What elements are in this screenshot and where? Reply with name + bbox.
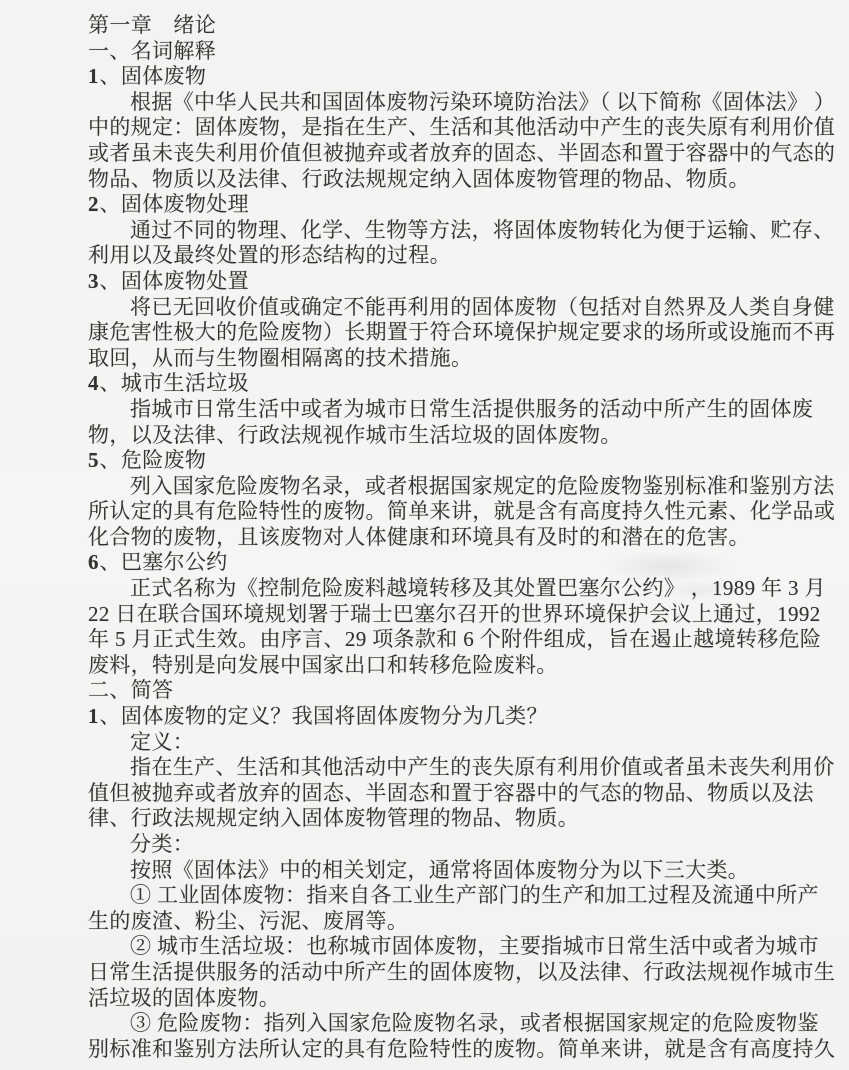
list-number: 1 [88, 704, 100, 728]
text-line-6: 或者虽未丧失利用价值但被抛弃或者放弃的固态、半固态和置于容器中的气态的 [88, 141, 800, 167]
text-line-19: 列入国家危险废物名录，或者根据国家规定的危险废物鉴别标准和鉴别方法 [88, 474, 800, 500]
text-line-23: 正式名称为《控制危险废料越境转移及其处置巴塞尔公约》 ，1989 年 3 月 [88, 576, 800, 602]
text-line-26: 废料，特别是向发展中国家出口和转移危险废料。 [88, 653, 800, 679]
text-line-15: 4、城市生活垃圾 [88, 371, 800, 397]
text-line-35: ① 工业固体废物：指来自各工业生产部门的生产和加工过程及流通中所产 [88, 883, 800, 909]
text-line-18: 5、危险废物 [88, 448, 800, 474]
text-line-24: 22 日在联合国环境规划署于瑞士巴塞尔召开的世界环境保护会议上通过，1992 [88, 602, 800, 628]
text-line-9: 通过不同的物理、化学、生物等方法，将固体废物转化为便于运输、贮存、 [88, 218, 800, 244]
list-number: 2 [88, 192, 100, 216]
text-line-21: 化合物的废物，且该废物对人体健康和环境具有及时的和潜在的危害。 [88, 525, 800, 551]
text-line-33: 分类： [88, 832, 800, 858]
text-line-30: 指在生产、生活和其他活动中产生的丧失原有利用价值或者虽未丧失利用价 [88, 755, 800, 781]
text-line-5: 中的规定：固体废物，是指在生产、生活和其他活动中产生的丧失原有利用价值 [88, 115, 800, 141]
text-line-4: 根据《中华人民共和国固体废物污染环境防治法》（ 以下简称《固体法》 ） [88, 90, 800, 116]
text-line-7: 物品、物质以及法律、行政法规规定纳入固体废物管理的物品、物质。 [88, 167, 800, 193]
text-line-25: 年 5 月正式生效。由序言、29 项条款和 6 个附件组成，旨在遏止越境转移危险 [88, 627, 800, 653]
text-line-3: 1、固体废物 [88, 64, 800, 90]
text-line-14: 取回，从而与生物圈相隔离的技术措施。 [88, 346, 800, 372]
document-text-block: 第一章 绪论一、名词解释1、固体废物根据《中华人民共和国固体废物污染环境防治法》… [88, 13, 800, 1062]
text-line-39: 活垃圾的固体废物。 [88, 986, 800, 1012]
text-line-2: 一、名词解释 [88, 39, 800, 65]
list-number: 6 [88, 550, 100, 574]
text-line-10: 利用以及最终处置的形态结构的过程。 [88, 243, 800, 269]
text-line-16: 指城市日常生活中或者为城市日常生活提供服务的活动中所产生的固体废 [88, 397, 800, 423]
text-line-34: 按照《固体法》中的相关划定，通常将固体废物分为以下三大类。 [88, 858, 800, 884]
list-number: 5 [88, 448, 100, 472]
text-line-27: 二、简答 [88, 678, 800, 704]
text-line-40: ③ 危险废物：指列入国家危险废物名录，或者根据国家规定的危险废物鉴 [88, 1011, 800, 1037]
list-number: 1 [88, 64, 100, 88]
text-line-37: ② 城市生活垃圾：也称城市固体废物，主要指城市日常生活中或者为城市 [88, 934, 800, 960]
text-line-22: 6、巴塞尔公约 [88, 550, 800, 576]
text-line-41: 别标准和鉴别方法所认定的具有危险特性的废物。简单来讲，就是含有高度持久 [88, 1037, 800, 1063]
text-line-20: 所认定的具有危险特性的废物。简单来讲，就是含有高度持久性元素、化学品或 [88, 499, 800, 525]
text-line-28: 1、固体废物的定义？我国将固体废物分为几类？ [88, 704, 800, 730]
text-line-36: 生的废渣、粉尘、污泥、废屑等。 [88, 909, 800, 935]
scanned-document-page: 第一章 绪论一、名词解释1、固体废物根据《中华人民共和国固体废物污染环境防治法》… [0, 0, 849, 1070]
text-line-1: 第一章 绪论 [88, 13, 800, 39]
text-line-29: 定义： [88, 730, 800, 756]
list-number: 3 [88, 269, 100, 293]
text-line-32: 律、行政法规规定纳入固体废物管理的物品、物质。 [88, 806, 800, 832]
text-line-12: 将已无回收价值或确定不能再利用的固体废物（包括对自然界及人类自身健 [88, 295, 800, 321]
text-line-38: 日常生活提供服务的活动中所产生的固体废物，以及法律、行政法规视作城市生 [88, 960, 800, 986]
text-line-8: 2、固体废物处理 [88, 192, 800, 218]
text-line-31: 值但被抛弃或者放弃的固态、半固态和置于容器中的气态的物品、物质以及法 [88, 781, 800, 807]
text-line-11: 3、固体废物处置 [88, 269, 800, 295]
text-line-13: 康危害性极大的危险废物）长期置于符合环境保护规定要求的场所或设施而不再 [88, 320, 800, 346]
text-line-17: 物，以及法律、行政法规视作城市生活垃圾的固体废物。 [88, 423, 800, 449]
list-number: 4 [88, 371, 100, 395]
